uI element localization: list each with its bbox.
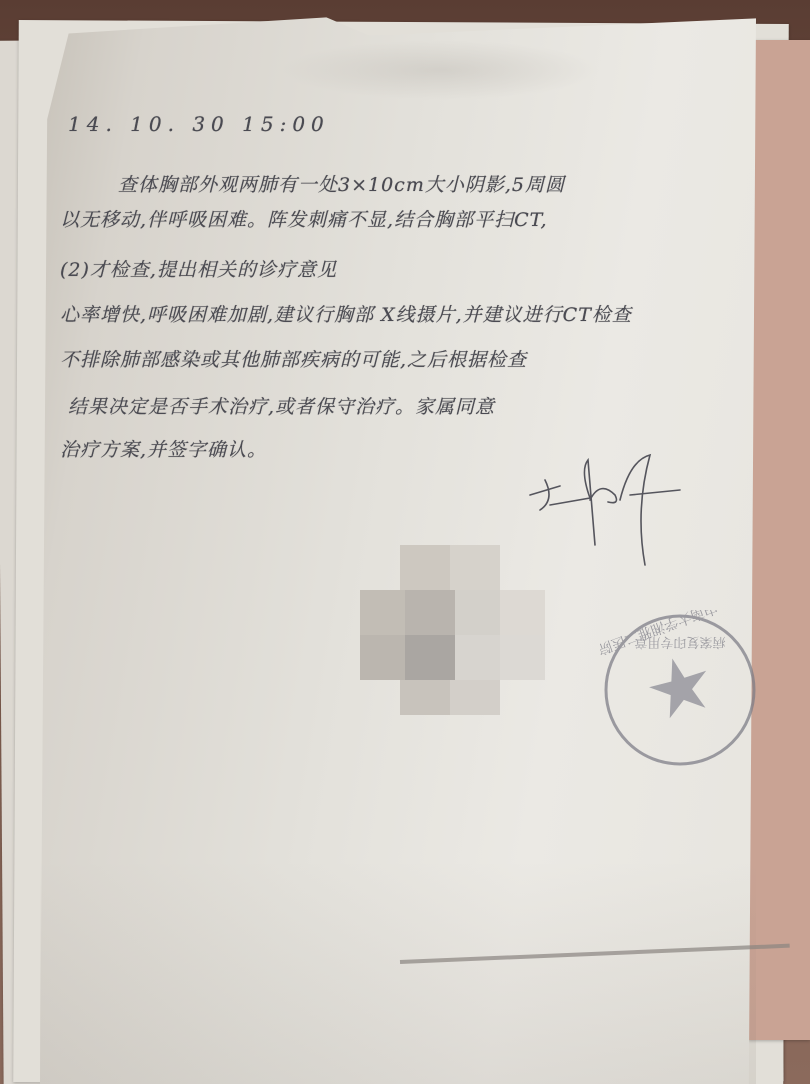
note-date-time: 14. 10. 30 15:00 bbox=[68, 112, 330, 136]
page-shadow bbox=[40, 860, 756, 1084]
note-line: 结果决定是否手术治疗,或者保守治疗。家属同意 bbox=[68, 392, 495, 419]
note-line: 查体胸部外观两肺有一处3×10cm大小阴影,5周圆 bbox=[118, 170, 565, 197]
pixelated-redaction bbox=[360, 545, 550, 715]
note-line: 不排除肺部感染或其他肺部疾病的可能,之后根据检查 bbox=[60, 345, 527, 372]
hospital-seal-stamp: 病案复印专用章 中南大学湘雅二医院 bbox=[600, 610, 760, 770]
faint-bleedthrough-header bbox=[280, 40, 600, 100]
note-line: (2)才检查,提出相关的诊疗意见 bbox=[60, 255, 337, 282]
note-line: 心率增快,呼吸困难加剧,建议行胸部 X线摄片,并建议进行CT检查 bbox=[60, 300, 632, 327]
pink-folder-edge bbox=[748, 40, 810, 1040]
stamp-outer-text: 中南大学湘雅二医院 bbox=[600, 610, 720, 658]
note-line: 以无移动,伴呼吸困难。阵发刺痛不显,结合胸部平扫CT, bbox=[60, 205, 548, 232]
note-line: 治疗方案,并签字确认。 bbox=[60, 435, 267, 462]
